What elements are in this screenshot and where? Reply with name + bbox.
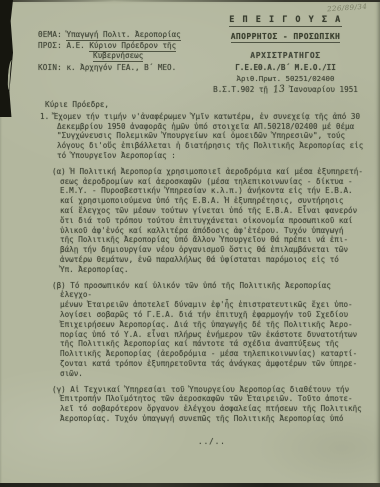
scan-corner-black-band [0,0,13,117]
item-gamma: (γ) Αἱ Τεχνικαί Ὑπηρεσίαι τοῦ Ὑπουργείου… [52,385,365,424]
letter-body: Κύριε Πρόεδρε, 1. Ἔχομεν τήν τιμήν ν'ἀνα… [40,100,365,424]
salutation: Κύριε Πρόεδρε, [45,100,365,110]
scan-edge-bottom [0,483,380,487]
authority-title: ΑΡΧΙΣΤΡΑΤΗΓΟΣ [203,51,368,60]
to-recipient-line2-wrap: Κυβερνήσεως [93,51,213,62]
urgency-text: Ε Π Ε Ι Γ Ο Υ Σ Α [229,15,342,27]
to-recipient-line2: Κυβερνήσεως [93,51,143,62]
paragraph-1-number: 1. [40,112,49,121]
cc-row: ΚΟΙΝ: κ. Ἀρχηγόν ΓΕΑ., Β΄ ΜΕΟ. [38,63,213,74]
paragraph-1: 1. Ἔχομεν τήν τιμήν ν'ἀναφέρωμεν Ὑμῖν κα… [40,112,365,161]
subject-row: ΘΕΜΑ: Ὑπαγωγή Πολιτ. Ἀεροπορίας [38,30,213,41]
item-alpha-label: (α) [52,167,66,176]
to-row: ΠΡΟΣ: Α.Ε. Κύριον Πρόεδρον τῆς Κυβερνήσε… [38,41,213,62]
to-honorific: Α.Ε. [66,41,84,50]
paragraph-1-text: Ἔχομεν τήν τιμήν ν'ἀναφέρωμεν Ὑμῖν κατωτ… [54,112,364,160]
scanned-document-page: 226/89/34 Ε Π Ε Ι Γ Ο Υ Σ Α ΑΠΟΡΡΗΤΟΣ - … [0,0,380,487]
handwritten-day: 13 [272,84,285,95]
item-beta-label: (β) [52,281,66,290]
protocol-number: 50251/02400 [286,74,335,83]
addressing-block: ΘΕΜΑ: Ὑπαγωγή Πολιτ. Ἀεροπορίας ΠΡΟΣ: Α.… [38,30,213,73]
subject-text: Ὑπαγωγή Πολιτ. Ἀεροπορίας [66,30,180,41]
to-recipient-line1: Κύριον Πρόεδρον τῆς [89,41,176,52]
item-gamma-label: (γ) [52,385,66,394]
urgency-stamp: Ε Π Ε Ι Γ Ο Υ Σ Α [203,15,368,25]
protocol-number-line: Ἀριθ.Πρωτ. 50251/02400 [203,74,368,83]
to-label: ΠΡΟΣ: [38,41,62,50]
scan-edge-top [0,0,380,2]
cc-text: κ. Ἀρχηγόν ΓΕΑ., Β΄ ΜΕΟ. [66,63,176,72]
office-code: Γ.Ε.ΕΘ.Α./Β΄ Μ.Ε.Ο./ΙΙ [203,63,368,72]
continuation-mark: ../.. [198,437,226,446]
protocol-label: Ἀριθ.Πρωτ. [237,74,282,83]
item-alpha: (α) Ἡ Πολιτική Ἀεροπορία χρησιμοποιεῖ ἀε… [52,167,365,275]
item-beta: (β) Τό προσωπικόν καί ὑλικόν τῶν ὑπό τῆς… [52,281,365,379]
handwritten-reference-number: 226/89/34 [326,3,367,14]
cc-label: ΚΟΙΝ: [38,63,62,72]
classification-line: ΑΠΟΡΡΗΤΟΣ - ΠΡΟΣΩΠΙΚΗ [203,32,368,41]
date-line: Β.Σ.Τ.902 τῇ 13 Ἰανουαρίου 1951 [203,85,368,95]
classification-header: Ε Π Ε Ι Γ Ο Υ Σ Α ΑΠΟΡΡΗΤΟΣ - ΠΡΟΣΩΠΙΚΗ … [203,15,368,95]
item-alpha-text: Ἡ Πολιτική Ἀεροπορία χρησιμοποιεῖ ἀεροδρ… [60,167,363,274]
subject-label: ΘΕΜΑ: [38,30,62,39]
item-gamma-text: Αἱ Τεχνικαί Ὑπηρεσίαι τοῦ Ὑπουργείου Ἀερ… [60,385,362,423]
date-rest: Ἰανουαρίου 1951 [289,85,358,94]
date-prefix: Β.Σ.Τ.902 τῇ [213,85,268,94]
item-beta-text: Τό προσωπικόν καί ὑλικόν τῶν ὑπό τῆς Πολ… [60,281,357,378]
classification-text: ΑΠΟΡΡΗΤΟΣ - ΠΡΟΣΩΠΙΚΗ [231,32,341,43]
